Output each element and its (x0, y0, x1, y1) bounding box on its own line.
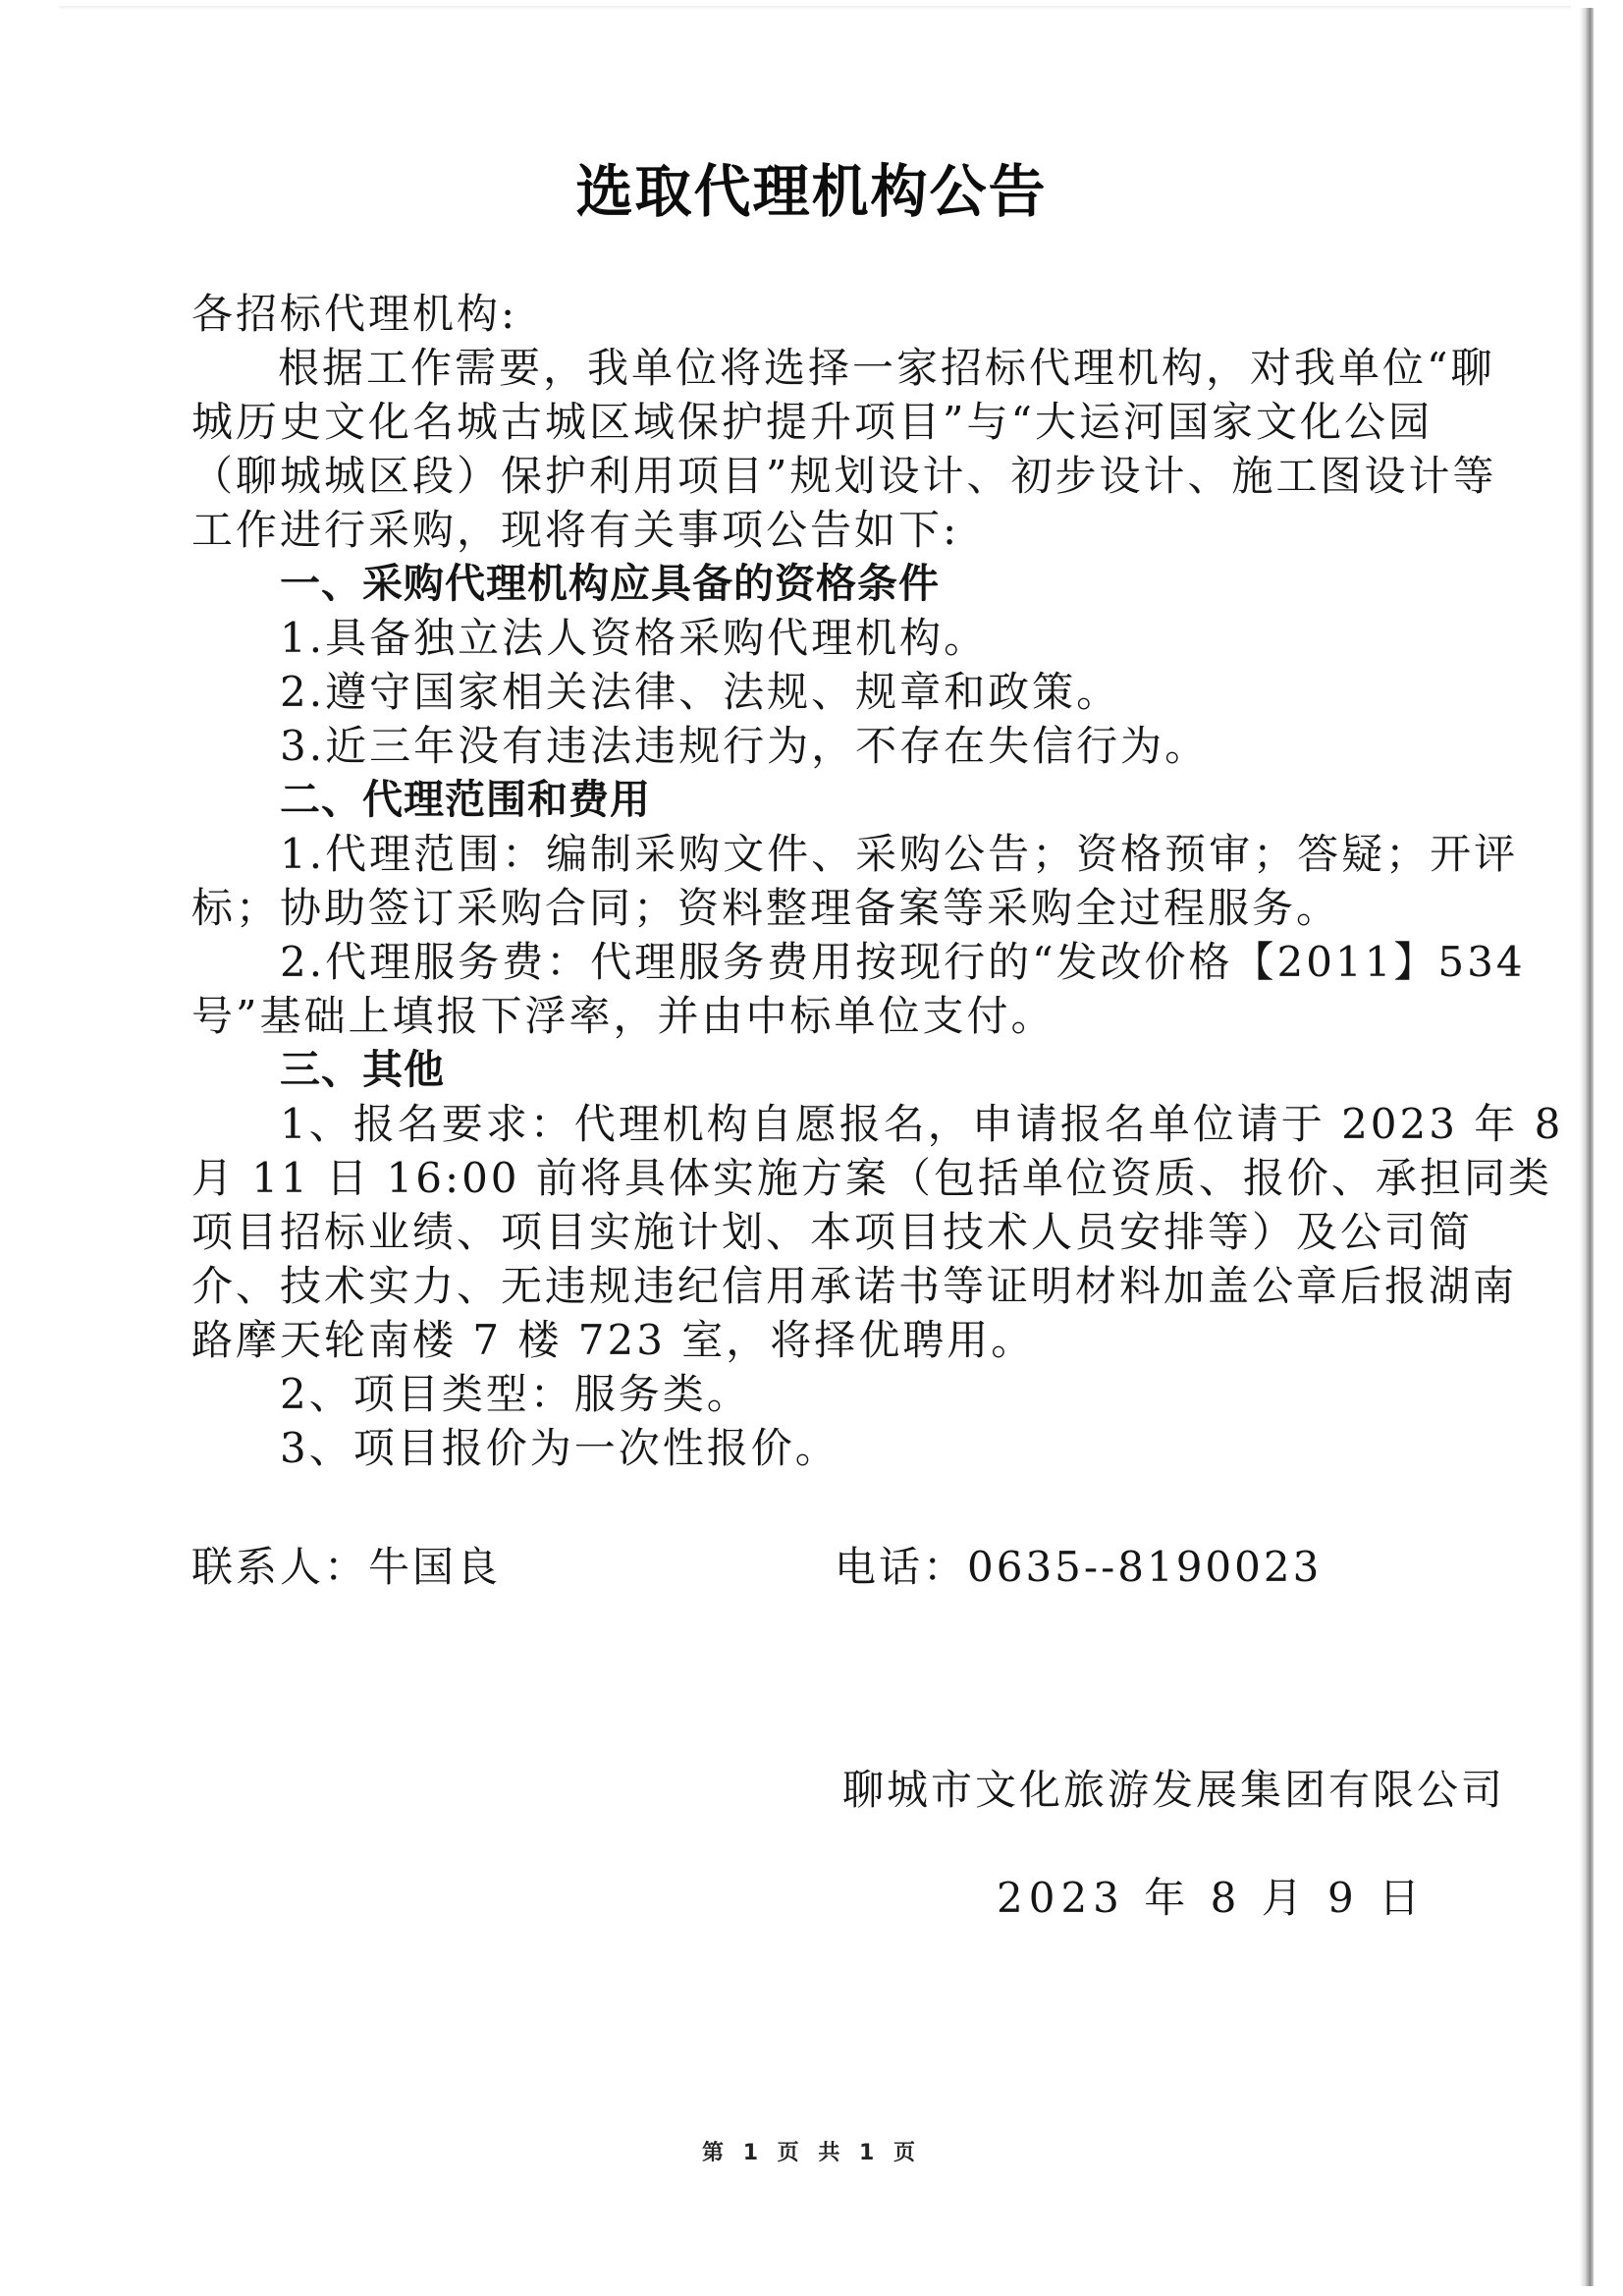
list-item: 2.遵守国家相关法律、法规、规章和政策。 (191, 665, 1468, 719)
list-item: 2.代理服务费：代理服务费用按现行的“发改价格【2011】534 (191, 935, 1468, 989)
section-other: 三、其他 1、报名要求：代理机构自愿报名，申请报名单位请于 2023 年 8 月… (191, 1043, 1468, 1475)
intro-line: （聊城城区段）保护利用项目”规划设计、初步设计、施工图设计等 (191, 449, 1468, 503)
section-heading: 二、代理范围和费用 (191, 773, 1468, 827)
scan-right-edge-shadow (1580, 8, 1594, 2286)
list-item: 1.代理范围：编制采购文件、采购公告；资格预审；答疑；开评 (191, 827, 1468, 881)
section-heading: 三、其他 (191, 1043, 1468, 1097)
section-scope-and-fees: 二、代理范围和费用 1.代理范围：编制采购文件、采购公告；资格预审；答疑；开评 … (191, 773, 1468, 1043)
list-item-continuation: 标；协助签订采购合同；资料整理备案等采购全过程服务。 (191, 881, 1468, 935)
list-item-continuation: 月 11 日 16:00 前将具体实施方案（包括单位资质、报价、承担同类 (191, 1151, 1468, 1205)
list-item: 3.近三年没有违法违规行为，不存在失信行为。 (191, 719, 1468, 773)
page-indicator: 第 1 页 共 1 页 (0, 2136, 1623, 2166)
intro-line: 根据工作需要，我单位将选择一家招标代理机构，对我单位“聊 (191, 341, 1468, 395)
document-title: 选取代理机构公告 (0, 157, 1623, 226)
section-qualifications: 一、采购代理机构应具备的资格条件 1.具备独立法人资格采购代理机构。 2.遵守国… (191, 557, 1468, 773)
intro-line: 城历史文化名城古城区域保护提升项目”与“大运河国家文化公园 (191, 395, 1468, 449)
list-item: 1.具备独立法人资格采购代理机构。 (191, 611, 1468, 665)
list-item: 3、项目报价为一次性报价。 (191, 1421, 1468, 1475)
contact-phone: 电话：0635--8190023 (835, 1540, 1322, 1594)
signature-date: 2023 年 8 月 9 日 (997, 1871, 1426, 1925)
salutation: 各招标代理机构: (191, 287, 1468, 341)
list-item-continuation: 号”基础上填报下浮率，并由中标单位支付。 (191, 989, 1468, 1043)
list-item: 1、报名要求：代理机构自愿报名，申请报名单位请于 2023 年 8 (191, 1097, 1468, 1151)
document-body: 各招标代理机构: 根据工作需要，我单位将选择一家招标代理机构，对我单位“聊 城历… (191, 287, 1468, 1475)
contact-person: 联系人：牛国良 (191, 1540, 501, 1594)
list-item-continuation: 项目招标业绩、项目实施计划、本项目技术人员安排等）及公司简 (191, 1205, 1468, 1259)
list-item-continuation: 介、技术实力、无违规违纪信用承诺书等证明材料加盖公章后报湖南 (191, 1259, 1468, 1313)
intro-paragraph: 根据工作需要，我单位将选择一家招标代理机构，对我单位“聊 城历史文化名城古城区域… (191, 341, 1468, 557)
intro-line: 工作进行采购，现将有关事项公告如下: (191, 503, 1468, 557)
signature-company: 聊城市文化旅游发展集团有限公司 (842, 1763, 1505, 1817)
list-item-continuation: 路摩天轮南楼 7 楼 723 室，将择优聘用。 (191, 1313, 1468, 1367)
scan-top-shadow (59, 6, 1571, 10)
section-heading: 一、采购代理机构应具备的资格条件 (191, 557, 1468, 611)
list-item: 2、项目类型：服务类。 (191, 1367, 1468, 1421)
